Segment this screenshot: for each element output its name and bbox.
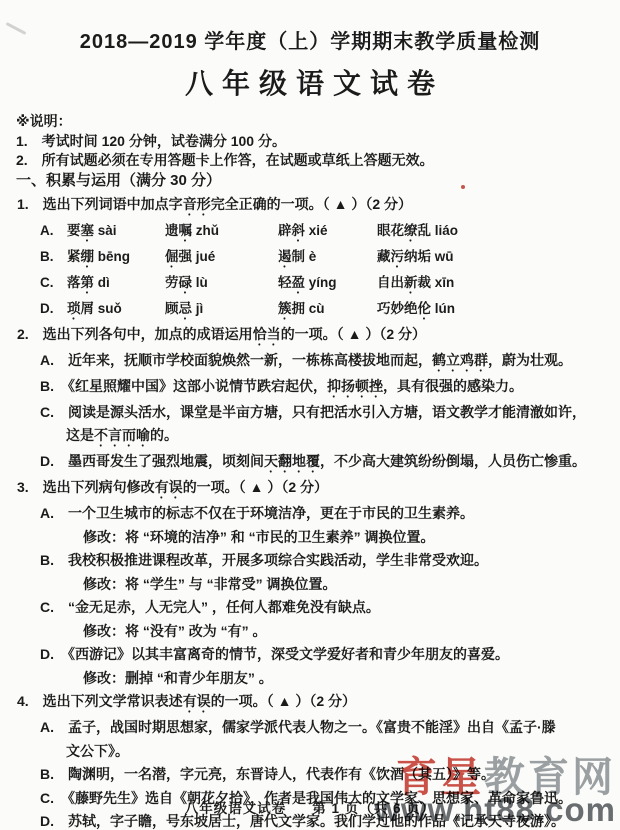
q3-fix-b: 修改：将 “学生” 与 “非常受” 调换位置。 <box>17 573 614 597</box>
exam-notice: ※说明： 1. 考试时间 120 分钟，试卷满分 100 分。 2. 所有试题必… <box>16 112 620 191</box>
q1-cell-d3: 簇拥 cù <box>278 297 377 323</box>
q4-option-b: B. 陶渊明，一名潜，字元亮，东晋诗人，代表作有《饮酒（其五）》等。 <box>17 763 614 787</box>
q1-cell-d1: D. 琐屑 suǒ <box>40 297 165 323</box>
q3-fix-d: 修改：删掉 “和青少年朋友” 。 <box>17 667 614 691</box>
q1-cell-a3: 辟斜 xié <box>278 219 377 245</box>
q1-cell-a4: 眼花缭乱 liáo <box>377 219 614 245</box>
q3-option-a: A. 一个卫生城市的标志不仅在于环境洁净，更在于市民的卫生素养。 <box>17 502 614 526</box>
q2-stem: 2. 选出下列各句中，加点的成语运用恰当的一项。（ ▲ ）（2 分） <box>17 323 614 349</box>
question-body: 1. 选出下列词语中加点字音形完全正确的一项。（ ▲ ）（2 分） A. 要塞 … <box>17 193 614 830</box>
q3-fix-c: 修改：将 “没有” 改为 “有” 。 <box>17 620 614 644</box>
q1-cell-d4: 巧妙绝伦 lún <box>377 297 614 323</box>
notice-item-time: 1. 考试时间 120 分钟，试卷满分 100 分。 <box>16 132 620 152</box>
footer-paper-name: 八年级语文试卷 <box>185 801 287 816</box>
q2-option-c-line1: C. 阅读是源头活水，课堂是半亩方塘，只有把活水引入方塘，语文教学才能清澈如许， <box>17 401 614 425</box>
q1-cell-b1: B. 紧绷 bēng <box>40 245 165 271</box>
exam-session-title: 2018—2019 学年度（上）学期期末教学质量检测 <box>0 30 620 54</box>
q4-option-a-line2: 文公下》。 <box>17 740 614 764</box>
q3-option-d: D. 《西游记》以其丰富离奇的情节，深受文学爱好者和青少年朋友的喜爱。 <box>17 643 614 667</box>
q3-stem: 3. 选出下列病句修改有误的一项。（ ▲ ）（2 分） <box>17 476 614 502</box>
q1-cell-d2: 顾忌 jì <box>165 297 278 323</box>
scan-artifact-red-dot <box>461 185 465 189</box>
q2-option-c-line2: 这是不言而喻的。 <box>17 424 614 450</box>
q1-option-row-d: D. 琐屑 suǒ 顾忌 jì 簇拥 cù 巧妙绝伦 lún <box>40 297 614 323</box>
q1-option-row-a: A. 要塞 sài 遗嘱 zhǔ 辟斜 xié 眼花缭乱 liáo <box>40 219 614 245</box>
page-footer: 八年级语文试卷第 1 页（共 6 页） <box>0 797 620 817</box>
q2-option-d: D. 墨西哥发生了强烈地震，顷刻间天翻地覆，不少高大建筑纷纷倒塌，人员伤亡惨重。 <box>17 450 614 476</box>
q1-cell-a1: A. 要塞 sài <box>40 219 165 245</box>
q2-option-b: B. 《红星照耀中国》这部小说情节跌宕起伏，抑扬顿挫，具有很强的感染力。 <box>17 375 614 401</box>
q3-option-b: B. 我校积极推进课程改革，开展多项综合实践活动，学生非常受欢迎。 <box>17 549 614 573</box>
q3-fix-a: 修改：将 “环境的洁净” 和 “市民的卫生素养” 调换位置。 <box>17 526 614 550</box>
q1-cell-c1: C. 落第 dì <box>40 271 165 297</box>
q1-option-row-b: B. 紧绷 bēng 倔强 jué 遏制 è 藏污纳垢 wū <box>40 245 614 271</box>
q2-option-a: A. 近年来，抚顺市学校面貌焕然一新，一栋栋高楼拔地而起，鹤立鸡群，蔚为壮观。 <box>17 349 614 375</box>
q1-stem: 1. 选出下列词语中加点字音形完全正确的一项。（ ▲ ）（2 分） <box>17 193 614 219</box>
q1-cell-c4: 自出新裁 xīn <box>377 271 614 297</box>
q1-cell-b2: 倔强 jué <box>165 245 278 271</box>
q1-cell-a2: 遗嘱 zhǔ <box>165 219 278 245</box>
section1-title: 一、积累与运用（满分 30 分） <box>16 171 620 191</box>
notice-label: ※说明： <box>16 112 620 132</box>
q1-cell-b4: 藏污纳垢 wū <box>377 245 614 271</box>
paper-title: 八年级语文试卷 <box>0 67 620 101</box>
notice-item-answer-sheet: 2. 所有试题必须在专用答题卡上作答，在试题或草纸上答题无效。 <box>16 151 620 171</box>
q3-option-c: C. “金无足赤，人无完人” ，任何人都难免没有缺点。 <box>17 596 614 620</box>
q1-cell-b3: 遏制 è <box>278 245 377 271</box>
q1-option-row-c: C. 落第 dì 劳碌 lù 轻盈 yíng 自出新裁 xīn <box>40 271 614 297</box>
q1-cell-c2: 劳碌 lù <box>165 271 278 297</box>
q4-stem: 4. 选出下列文学常识表述有误的一项。（ ▲ ）（2 分） <box>17 690 614 716</box>
q4-option-a-line1: A. 孟子，战国时期思想家，儒家学派代表人物之一。《富贵不能淫》出自《孟子·滕 <box>17 716 614 740</box>
footer-page-number: 第 1 页（共 6 页） <box>312 801 435 816</box>
q1-cell-c3: 轻盈 yíng <box>278 271 377 297</box>
exam-paper-page: 2018—2019 学年度（上）学期期末教学质量检测 八年级语文试卷 ※说明： … <box>0 0 620 830</box>
